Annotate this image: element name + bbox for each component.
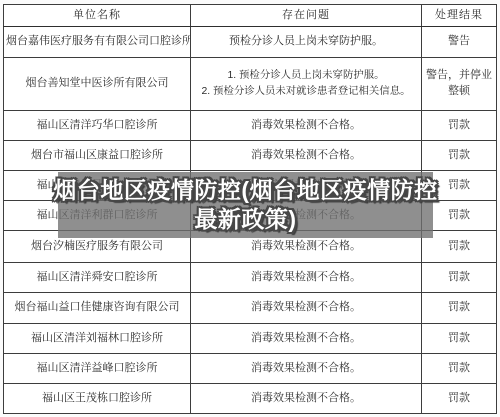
result-cell: 罚款 (422, 384, 497, 414)
problem-cell: 消毒效果检测不合格。 (191, 111, 422, 141)
unit-cell: 福山区清洋益峰口腔诊所 (4, 354, 191, 384)
problem-cell: 1. 预检分诊人员上岗未穿防护服。 2. 预检分诊人员未对就诊患者登记相关信息。 (191, 58, 422, 111)
header-result: 处理结果 (422, 5, 497, 27)
unit-cell: 福山区清洋巧华口腔诊所 (4, 111, 191, 141)
table-row: 福山区清洋刘福林口腔诊所 消毒效果检测不合格。 罚款 (4, 324, 497, 354)
table-header-row: 单位名称 存在问题 处理结果 (4, 5, 497, 27)
result-cell: 警告 (422, 27, 497, 58)
problem-line-2: 2. 预检分诊人员未对就诊患者登记相关信息。 (193, 84, 419, 100)
watermark-banner: 烟台地区疫情防控(烟台地区疫情防控 最新政策) (58, 172, 433, 238)
unit-cell: 烟台福山益口佳健康咨询有限公司 (4, 293, 191, 324)
watermark-text-line-1: 烟台地区疫情防控(烟台地区疫情防控 (53, 176, 437, 205)
result-cell: 罚款 (422, 263, 497, 293)
table-row: 福山区清洋益峰口腔诊所 消毒效果检测不合格。 罚款 (4, 354, 497, 384)
problem-cell: 消毒效果检测不合格。 (191, 263, 422, 293)
unit-cell: 烟台市福山区康益口腔诊所 (4, 141, 191, 171)
result-cell: 罚款 (422, 111, 497, 141)
table-row: 福山区王茂栋口腔诊所 消毒效果检测不合格。 罚款 (4, 384, 497, 414)
table-row: 烟台嘉伟医疗服务有有限公司口腔诊所 预检分诊人员上岗未穿防护服。 警告 (4, 27, 497, 58)
unit-cell: 福山区清洋刘福林口腔诊所 (4, 324, 191, 354)
watermark-text-line-2: 最新政策) (194, 205, 296, 234)
unit-cell: 烟台善知堂中医诊所有限公司 (4, 58, 191, 111)
result-cell: 罚款 (422, 141, 497, 171)
unit-cell: 福山区王茂栋口腔诊所 (4, 384, 191, 414)
problem-cell: 消毒效果检测不合格。 (191, 141, 422, 171)
table-row: 烟台福山益口佳健康咨询有限公司 消毒效果检测不合格。 罚款 (4, 293, 497, 324)
problem-cell: 消毒效果检测不合格。 (191, 354, 422, 384)
result-cell: 罚款 (422, 293, 497, 324)
problem-cell: 消毒效果检测不合格。 (191, 384, 422, 414)
result-cell: 罚款 (422, 354, 497, 384)
problem-cell: 消毒效果检测不合格。 (191, 324, 422, 354)
result-cell: 罚款 (422, 324, 497, 354)
table-row: 烟台市福山区康益口腔诊所 消毒效果检测不合格。 罚款 (4, 141, 497, 171)
header-problem: 存在问题 (191, 5, 422, 27)
problem-line-1: 1. 预检分诊人员上岗未穿防护服。 (193, 68, 419, 84)
unit-cell: 福山区清洋舜安口腔诊所 (4, 263, 191, 293)
unit-cell: 烟台嘉伟医疗服务有有限公司口腔诊所 (4, 27, 191, 58)
problem-cell: 预检分诊人员上岗未穿防护服。 (191, 27, 422, 58)
screenshot-page: 单位名称 存在问题 处理结果 烟台嘉伟医疗服务有有限公司口腔诊所 预检分诊人员上… (0, 0, 500, 417)
problem-cell: 消毒效果检测不合格。 (191, 293, 422, 324)
table-row: 福山区清洋巧华口腔诊所 消毒效果检测不合格。 罚款 (4, 111, 497, 141)
header-unit-name: 单位名称 (4, 5, 191, 27)
table-row: 烟台善知堂中医诊所有限公司 1. 预检分诊人员上岗未穿防护服。 2. 预检分诊人… (4, 58, 497, 111)
table-row: 福山区清洋舜安口腔诊所 消毒效果检测不合格。 罚款 (4, 263, 497, 293)
result-cell: 警告，并停业整顿 (422, 58, 497, 111)
